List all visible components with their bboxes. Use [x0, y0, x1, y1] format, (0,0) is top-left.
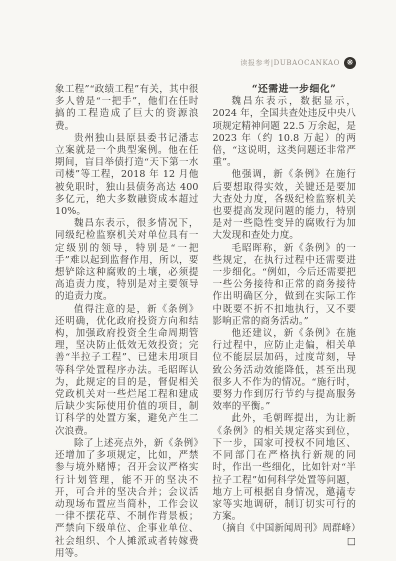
masthead-text: 读报参考|DUBAOCANKAO: [240, 58, 340, 68]
article-left-column: 象工程”“政绩工程”有关，其中很多人曾是“一把手”，他们在任时搞的工程造成了巨大…: [55, 84, 199, 560]
section-subheading: “还需进一步细化”: [213, 84, 357, 96]
page-number: 19: [335, 491, 346, 500]
article-right-column: “还需进一步细化” 魏昌东表示，数据显示，2024 年，全国共查处违反中央八项规…: [213, 84, 357, 560]
paragraph: 他还建议，新《条例》在施行过程中，应防止走偏，相关单位不能层层加码，过度苛刻，导…: [213, 328, 357, 413]
paragraph: 他强调，新《条例》在施行后要想取得实效，关键还是要加大查处力度，各级纪检监察机关…: [213, 169, 357, 242]
paragraph: 此外，毛朝晖提出，为让新《条例》的相关规定落实到位，下一步，国家可授权不同地区、…: [213, 413, 357, 523]
paragraph: 魏昌东表示，很多情况下，同级纪检监察机关对单位具有一定级别的领导，特别是“一把手…: [55, 218, 199, 303]
paragraph: 魏昌东表示，数据显示，2024 年，全国共查处违反中央八项规定精神问题 22.5…: [213, 96, 357, 169]
article-body: 象工程”“政绩工程”有关，其中很多人曾是“一把手”，他们在任时搞的工程造成了巨大…: [55, 84, 356, 560]
paragraph: 贵州独山县原县委书记潘志立案就是一个典型案例。他在任期间，盲目举债打造“天下第一…: [55, 133, 199, 218]
paragraph: 象工程”“政绩工程”有关，其中很多人曾是“一把手”，他们在任时搞的工程造成了巨大…: [55, 84, 199, 133]
magazine-page: 读报参考|DUBAOCANKAO ❋ 象工程”“政绩工程”有关，其中很多人曾是“…: [0, 0, 396, 561]
paragraph: 除了上述亮点外，新《条例》还增加了多项规定，比如，严禁参与境外赌博；召开会议严格…: [55, 438, 199, 560]
paragraph: 毛昭晖称，新《条例》的一些规定，在执行过程中还需要进一步细化。“例如，今后还需要…: [213, 243, 357, 328]
attribution: （摘自《中国新闻周刊》周群峰）□: [213, 523, 357, 547]
page-header: 读报参考|DUBAOCANKAO ❋: [240, 57, 356, 69]
paragraph: 值得注意的是，新《条例》还明确，优化政府投资方向和结构，加强政府投资全生命周期管…: [55, 304, 199, 438]
magazine-logo-icon: ❋: [344, 57, 356, 69]
